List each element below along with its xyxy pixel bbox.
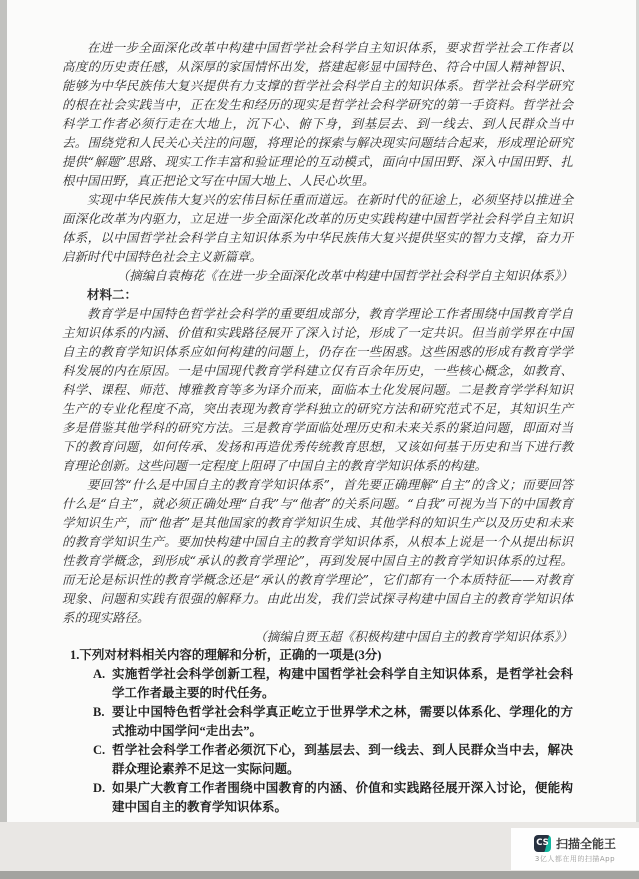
option-a-label: A.	[93, 665, 105, 684]
option-b-text: 要让中国特色哲学社会科学真正屹立于世界学术之林，需要以体系化、学理化的方式推动中…	[112, 705, 573, 738]
option-c-text: 哲学社会科学工作者必须沉下心，到基层去、到一线去、到人民群众当中去，解决群众理论…	[112, 743, 573, 776]
question-1: 1.下列对材料相关内容的理解和分析，正确的一项是(3分) A.实施哲学社会科学创…	[62, 646, 573, 817]
material1-paragraph-2: 实现中华民族伟大复兴的宏伟目标任重而道远。在新时代的征途上，必须坚持以推进全面深…	[62, 190, 573, 266]
option-b-label: B.	[93, 703, 104, 722]
material1-citation: （摘编自袁梅花《在进一步全面深化改革中构建中国哲学社会科学自主知识体系》）	[62, 266, 573, 285]
camscanner-app-name: 扫描全能王	[556, 835, 616, 852]
option-c-label: C.	[93, 741, 105, 760]
option-d-label: D.	[93, 779, 105, 798]
camscanner-tagline: 3亿人都在用的扫描App	[535, 854, 615, 864]
material2-paragraph-1: 教育学是中国特色哲学社会科学的重要组成部分，教育学理论工作者围绕中国教育学自主知…	[62, 304, 573, 475]
scanned-exam-page: 在进一步全面深化改革中构建中国哲学社会科学自主知识体系，要求哲学社会工作者以高度…	[0, 0, 639, 879]
page-content: 在进一步全面深化改革中构建中国哲学社会科学自主知识体系，要求哲学社会工作者以高度…	[0, 0, 639, 849]
material2-paragraph-2: 要回答“什么是中国自主的教育学知识体系”，首先要正确理解“自主”的含义；而要回答…	[62, 475, 573, 627]
question-1-option-b: B.要让中国特色哲学社会科学真正屹立于世界学术之林，需要以体系化、学理化的方式推…	[93, 703, 573, 741]
option-a-text: 实施哲学社会科学创新工程，构建中国哲学社会科学自主知识体系，是哲学社会科学工作者…	[112, 667, 573, 700]
question-1-option-d: D.如果广大教育工作者围绕中国教育的内涵、价值和实践路径展开深入讨论，便能构建中…	[93, 779, 573, 817]
camscanner-watermark: CS 扫描全能王 3亿人都在用的扫描App	[511, 828, 639, 870]
scan-bottom-shadow	[0, 871, 639, 879]
material1-paragraph-1: 在进一步全面深化改革中构建中国哲学社会科学自主知识体系，要求哲学社会工作者以高度…	[62, 38, 573, 190]
question-1-stem: 1.下列对材料相关内容的理解和分析，正确的一项是(3分)	[70, 646, 573, 665]
option-d-text: 如果广大教育工作者围绕中国教育的内涵、价值和实践路径展开深入讨论，便能构建中国自…	[112, 781, 573, 814]
camscanner-logo-row: CS 扫描全能王	[534, 835, 616, 852]
question-1-option-a: A.实施哲学社会科学创新工程，构建中国哲学社会科学自主知识体系，是哲学社会科学工…	[93, 665, 573, 703]
scan-background-strip: CS 扫描全能王 3亿人都在用的扫描App	[0, 822, 639, 879]
material2-header: 材料二：	[62, 285, 573, 304]
question-1-option-c: C.哲学社会科学工作者必须沉下心，到基层去、到一线去、到人民群众当中去，解决群众…	[93, 741, 573, 779]
camscanner-cs-icon: CS	[534, 835, 551, 852]
material2-citation: （摘编自贾玉超《积极构建中国自主的教育学知识体系》）	[62, 627, 573, 646]
